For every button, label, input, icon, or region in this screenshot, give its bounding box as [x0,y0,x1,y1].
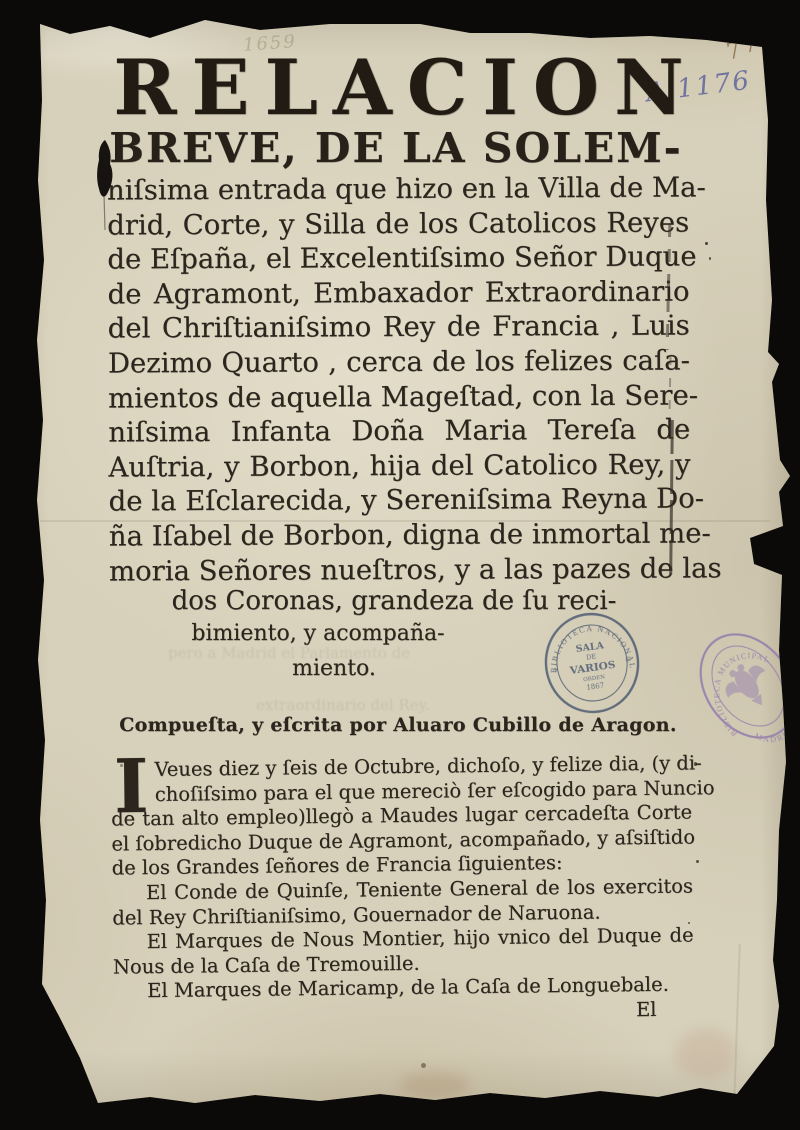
handwritten-corner-number: 77 [722,28,764,65]
document-paper: pero a Madrid el Parlamento de extraordi… [0,0,800,1130]
heading-paragraph: niſsima entrada que hizo en la Villa de … [107,170,691,588]
ink-blot [93,138,119,238]
heading-line: moria Señores nueſtros, y a las pazes de… [109,551,691,589]
body-text: Veues diez y ſeis de Octubre, dichoſo, y… [110,751,694,1029]
heading-line: Dezimo Quarto , cerca de los felizes caſ… [108,343,690,381]
stamp-ornament: ✳ [625,657,631,665]
title-second-line: BREVE, DE LA SOLEM- [104,126,688,170]
heading-centered-line: miento. [44,656,624,681]
heading-line: de Eſpaña, el Excelentiſsimo Señor Duque [107,240,689,278]
byline: Compueſta, y eſcrita por Aluaro Cubillo … [108,714,688,736]
biblioteca-municipal-stamp-icon: BIBLIOTECA MUNICIPAL MADRID [662,596,800,775]
heading-line: de la Eſclarecida, y Sereniſsima Reyna D… [109,482,691,520]
stamp-eagle-emblem [716,654,781,719]
stamp-bottom-text: MADRID [751,713,797,755]
paper-speck [705,242,708,245]
heading-line: niſsima Infanta Doña Maria Tereſa de [108,413,690,451]
stamp-text: 1867 [586,682,605,692]
heading-line: del Chriſtianiſsimo Rey de Francia , Lui… [108,309,690,347]
svg-text:MADRID: MADRID [751,713,797,755]
heading-line: de Agramont, Embaxador Extraordinario [107,274,689,312]
paper-speck [421,1063,426,1068]
heading-line: Auſtria, y Borbon, hija del Catolico Rey… [108,447,690,485]
vertical-crease [733,944,741,1102]
bottom-stain [400,1072,470,1098]
scan-background: pero a Madrid el Parlamento de extraordi… [0,0,800,1130]
heading-line: ña Iſabel de Borbon, digna de inmortal m… [109,516,691,554]
show-through-text: extraordinario del Rey. [256,696,430,714]
stamp-ring-text: BIBLIOTECA MUNICIPAL [692,637,797,739]
heading-line: drid, Corte, y Silla de los Catolicos Re… [107,205,689,243]
paper-speck [709,257,711,260]
bottom-right-stain [676,1030,736,1078]
paper-speck [696,860,699,863]
heading-centered-line: bimiento, y acompaña- [28,621,608,646]
heading-centered-line: dos Coronas, grandeza de ſu reci- [104,586,684,616]
title-main: RELACION [96,52,716,124]
svg-text:BIBLIOTECA MUNICIPAL: BIBLIOTECA MUNICIPAL [692,637,797,739]
heading-line: mientos de aquella Mageſtad, con la Sere… [108,378,690,416]
heading-line: niſsima entrada que hizo en la Villa de … [107,170,689,208]
